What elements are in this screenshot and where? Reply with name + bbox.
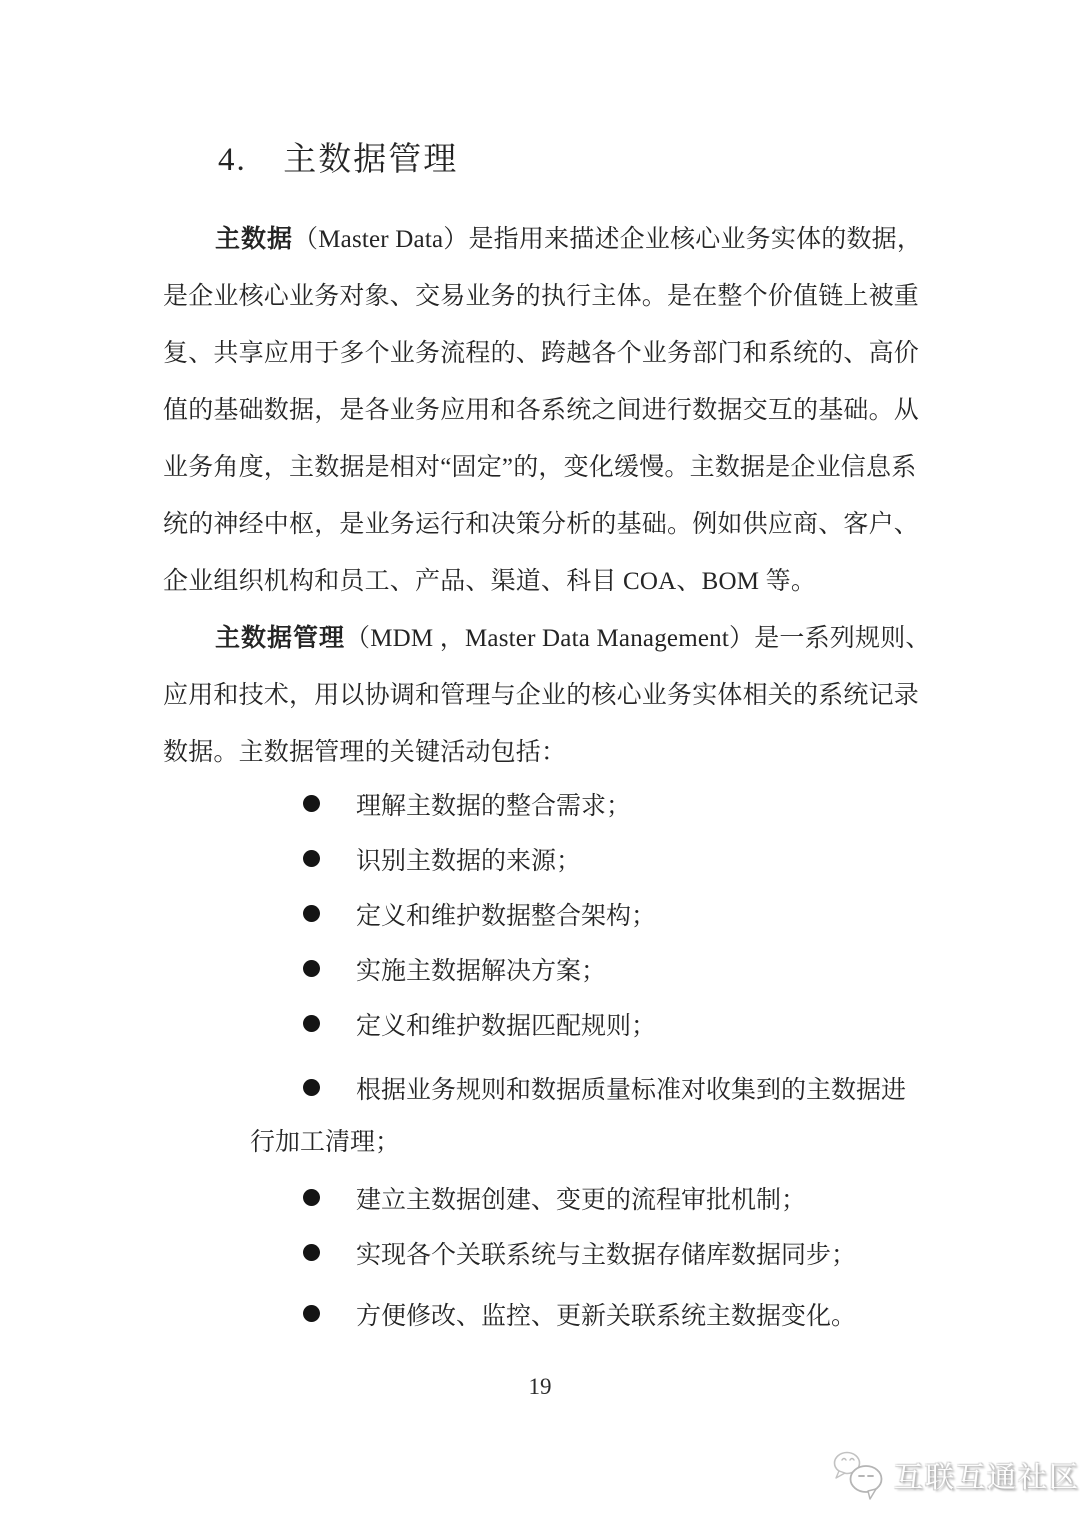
bullet-item: 识别主数据的来源； (163, 831, 963, 886)
page-number: 19 (0, 1374, 1080, 1400)
bullet-item: 实施主数据解决方案； (163, 941, 963, 996)
body-paragraphs: 主数据（Master Data）是指用来描述企业核心业务实体的数据， 是企业核心… (163, 211, 919, 781)
paragraph-text: （MDM ，Master Data Management）是一系列规则、 (345, 625, 931, 652)
bold-term: 主数据管理 (215, 625, 345, 652)
bullet-label: 理解主数据的整合需求； (356, 786, 631, 822)
bullet-icon (303, 1189, 320, 1206)
bullet-list: 理解主数据的整合需求； 识别主数据的来源； 定义和维护数据整合架构； 实施主数据… (163, 776, 963, 1341)
bullet-continuation-line: 行加工清理； (163, 1115, 963, 1170)
paragraph-line: 数据。主数据管理的关键活动包括： (163, 724, 919, 781)
chat-bubbles-icon (830, 1448, 888, 1502)
bullet-label: 实现各个关联系统与主数据存储库数据同步； (356, 1235, 856, 1271)
section-heading: 4. 主数据管理 (218, 133, 458, 180)
bullet-item: 建立主数据创建、变更的流程审批机制； (163, 1170, 963, 1225)
bullet-icon (303, 1305, 320, 1322)
bullet-icon (303, 1244, 320, 1261)
bullet-label: 实施主数据解决方案； (356, 951, 606, 987)
bullet-label: 根据业务规则和数据质量标准对收集到的主数据进 (356, 1070, 906, 1106)
paragraph-line: 复、共享应用于多个业务流程的、跨越各个业务部门和系统的、高价 (163, 325, 919, 382)
paragraph-line: 统的神经中枢，是业务运行和决策分析的基础。例如供应商、客户、 (163, 496, 919, 553)
bullet-icon (303, 795, 320, 812)
bullet-item: 理解主数据的整合需求； (163, 776, 963, 831)
bullet-label: 建立主数据创建、变更的流程审批机制； (356, 1180, 806, 1216)
bullet-label: 识别主数据的来源； (356, 841, 581, 877)
document-page: 4. 主数据管理 主数据（Master Data）是指用来描述企业核心业务实体的… (0, 0, 1080, 1527)
bullet-item: 根据业务规则和数据质量标准对收集到的主数据进 (163, 1060, 963, 1115)
bullet-icon (303, 905, 320, 922)
bullet-item: 定义和维护数据匹配规则； (163, 996, 963, 1051)
paragraph-line: 应用和技术，用以协调和管理与企业的核心业务实体相关的系统记录 (163, 667, 919, 724)
bullet-icon (303, 1079, 320, 1096)
bullet-item: 实现各个关联系统与主数据存储库数据同步； (163, 1225, 963, 1280)
paragraph-line: 主数据管理（MDM ，Master Data Management）是一系列规则… (163, 610, 919, 667)
watermark: 互联互通社区 (830, 1448, 1080, 1502)
bullet-icon (303, 960, 320, 977)
bullet-icon (303, 1015, 320, 1032)
watermark-text: 互联互通社区 (894, 1455, 1080, 1496)
bullet-item: 方便修改、监控、更新关联系统主数据变化。 (163, 1286, 963, 1341)
paragraph-line: 是企业核心业务对象、交易业务的执行主体。是在整个价值链上被重 (163, 268, 919, 325)
bullet-label: 定义和维护数据整合架构； (356, 896, 656, 932)
bullet-label: 方便修改、监控、更新关联系统主数据变化。 (356, 1296, 856, 1332)
bold-term: 主数据 (215, 226, 293, 253)
bullet-icon (303, 850, 320, 867)
bullet-item: 定义和维护数据整合架构； (163, 886, 963, 941)
paragraph-line: 值的基础数据，是各业务应用和各系统之间进行数据交互的基础。从 (163, 382, 919, 439)
bullet-label: 定义和维护数据匹配规则； (356, 1006, 656, 1042)
paragraph-line: 主数据（Master Data）是指用来描述企业核心业务实体的数据， (163, 211, 919, 268)
paragraph-line: 业务角度，主数据是相对“固定”的，变化缓慢。主数据是企业信息系 (163, 439, 919, 496)
paragraph-text: （Master Data）是指用来描述企业核心业务实体的数据， (293, 226, 922, 253)
paragraph-line: 企业组织机构和员工、产品、渠道、科目 COA、BOM 等。 (163, 553, 919, 610)
